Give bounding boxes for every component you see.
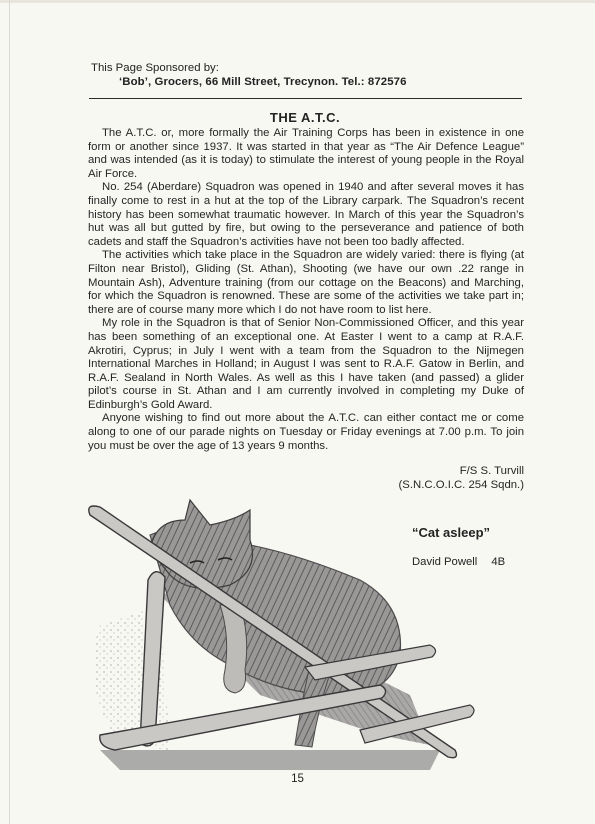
artwork-title: “Cat asleep” <box>412 525 490 540</box>
article-paragraph: My role in the Squadron is that of Senio… <box>88 317 524 412</box>
article-title: THE A.T.C. <box>88 110 522 125</box>
sponsor-details: ‘Bob’, Grocers, 66 Mill Street, Trecynon… <box>91 75 531 89</box>
artist-name: David Powell <box>412 556 477 568</box>
article-paragraph: Anyone wishing to find out more about th… <box>88 412 524 453</box>
article-body: The A.T.C. or, more formally the Air Tra… <box>88 127 524 453</box>
article-signature: F/S S. Turvill (S.N.C.O.I.C. 254 Sqdn.) <box>399 465 524 492</box>
scan-binding-edge <box>9 0 10 824</box>
sponsor-heading: This Page Sponsored by: <box>91 61 531 75</box>
article-paragraph: The activities which take place in the S… <box>88 249 524 317</box>
article-paragraph: The A.T.C. or, more formally the Air Tra… <box>88 127 524 181</box>
signature-role: (S.N.C.O.I.C. 254 Sqdn.) <box>399 479 524 493</box>
artwork-credit: David Powell4B <box>412 556 505 568</box>
header-divider <box>89 98 522 99</box>
grass <box>100 750 440 770</box>
signature-name: F/S S. Turvill <box>399 465 524 479</box>
sponsor-notice: This Page Sponsored by: ‘Bob’, Grocers, … <box>91 61 531 89</box>
scan-top-edge <box>0 0 595 3</box>
article-paragraph: No. 254 (Aberdare) Squadron was opened i… <box>88 181 524 249</box>
artist-form: 4B <box>491 556 505 568</box>
page-number: 15 <box>0 773 595 785</box>
